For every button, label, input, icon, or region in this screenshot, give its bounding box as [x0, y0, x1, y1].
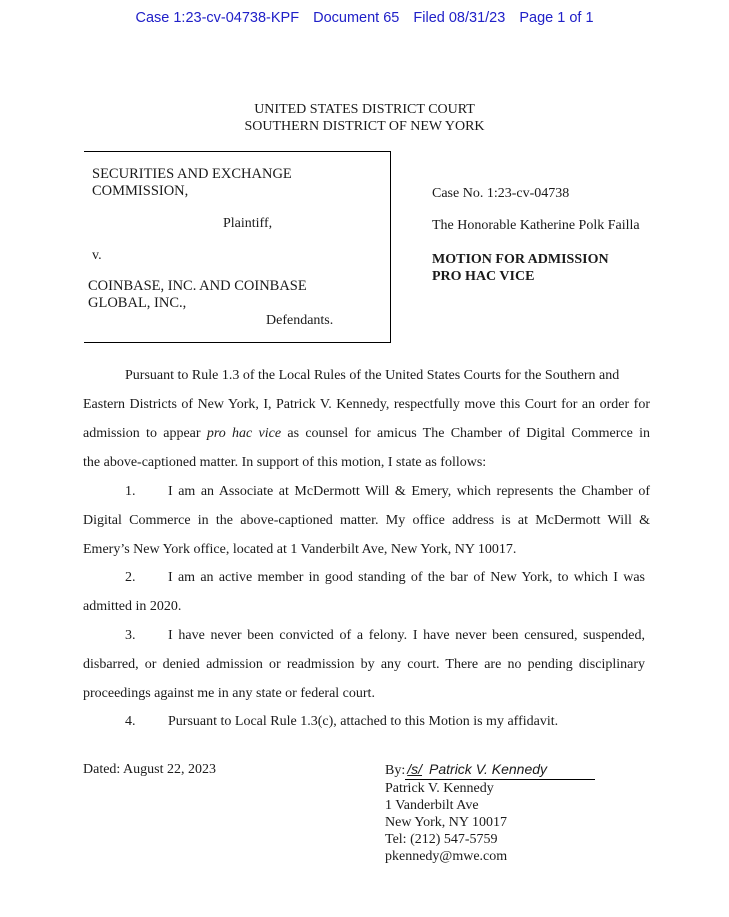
- item-1-line-3: Emery’s New York office, located at 1 Va…: [83, 542, 650, 558]
- plaintiff-name-line2: COMMISSION,: [92, 183, 292, 200]
- item-1-number: 1.: [125, 484, 136, 500]
- item-3-line-3: proceedings against me in any state or f…: [83, 686, 650, 702]
- plaintiff-name-line1: SECURITIES AND EXCHANGE: [92, 166, 292, 183]
- signature-underline: /s/ Patrick V. Kennedy: [405, 761, 595, 780]
- filed-date-stamp: Filed 08/31/23: [413, 10, 505, 26]
- intro-line-1: Pursuant to Rule 1.3 of the Local Rules …: [83, 368, 650, 384]
- court-district: SOUTHERN DISTRICT OF NEW YORK: [0, 118, 729, 135]
- item-2-line-2: admitted in 2020.: [83, 599, 650, 615]
- court-name: UNITED STATES DISTRICT COURT: [0, 101, 729, 118]
- pro-hac-vice-italic: pro hac vice: [207, 426, 281, 441]
- item-2-number: 2.: [125, 570, 136, 586]
- item-3-line-2: disbarred, or denied admission or readmi…: [83, 657, 645, 673]
- case-number-stamp: Case 1:23-cv-04738-KPF: [135, 10, 299, 26]
- item-4-line-1: Pursuant to Local Rule 1.3(c), attached …: [168, 714, 650, 730]
- by-label: By:: [385, 763, 405, 778]
- intro-text-3a: admission to appear: [83, 426, 201, 441]
- item-3-line-1: I have never been convicted of a felony.…: [168, 628, 645, 644]
- signer-email: pkennedy@mwe.com: [385, 848, 595, 865]
- motion-title-line1: MOTION FOR ADMISSION: [432, 251, 609, 268]
- page-count-stamp: Page 1 of 1: [519, 10, 593, 26]
- signer-address-street: 1 Vanderbilt Ave: [385, 797, 595, 814]
- plaintiff-name: SECURITIES AND EXCHANGE COMMISSION,: [92, 166, 292, 200]
- item-1-line-1: I am an Associate at McDermott Will & Em…: [168, 484, 650, 500]
- plaintiff-label: Plaintiff,: [223, 216, 272, 232]
- signature-block: By:/s/ Patrick V. Kennedy Patrick V. Ken…: [385, 761, 595, 865]
- signed-name: Patrick V. Kennedy: [429, 761, 547, 777]
- intro-line-3: admission to appear pro hac vice as coun…: [83, 426, 650, 442]
- intro-text-3b: as counsel for amicus The Chamber of Dig…: [287, 426, 650, 441]
- motion-title: MOTION FOR ADMISSION PRO HAC VICE: [432, 251, 609, 285]
- ecf-header-stamp: Case 1:23-cv-04738-KPF Document 65 Filed…: [0, 10, 729, 26]
- dated-line: Dated: August 22, 2023: [83, 762, 216, 778]
- item-4-number: 4.: [125, 714, 136, 730]
- defendant-name-line2: GLOBAL, INC.,: [88, 295, 307, 312]
- motion-title-line2: PRO HAC VICE: [432, 268, 609, 285]
- signer-phone: Tel: (212) 547-5759: [385, 831, 595, 848]
- signature-line: By:/s/ Patrick V. Kennedy: [385, 761, 595, 780]
- signer-address-city: New York, NY 10017: [385, 814, 595, 831]
- case-number: Case No. 1:23-cv-04738: [432, 186, 569, 202]
- esignature-mark: /s/: [407, 761, 422, 777]
- document-number-stamp: Document 65: [313, 10, 399, 26]
- defendant-name: COINBASE, INC. AND COINBASE GLOBAL, INC.…: [88, 278, 307, 312]
- intro-text-1: Pursuant to Rule 1.3 of the Local Rules …: [125, 368, 619, 383]
- intro-line-2: Eastern Districts of New York, I, Patric…: [83, 397, 650, 413]
- item-3-number: 3.: [125, 628, 136, 644]
- item-1-line-2: Digital Commerce in the above-captioned …: [83, 513, 650, 529]
- item-2-line-1: I am an active member in good standing o…: [168, 570, 645, 586]
- court-heading: UNITED STATES DISTRICT COURT SOUTHERN DI…: [0, 101, 729, 135]
- signer-name: Patrick V. Kennedy: [385, 780, 595, 797]
- intro-line-4: the above-captioned matter. In support o…: [83, 455, 650, 471]
- versus-label: v.: [92, 248, 102, 264]
- defendant-name-line1: COINBASE, INC. AND COINBASE: [88, 278, 307, 295]
- judge-name: The Honorable Katherine Polk Failla: [432, 218, 640, 234]
- defendant-label: Defendants.: [266, 313, 333, 329]
